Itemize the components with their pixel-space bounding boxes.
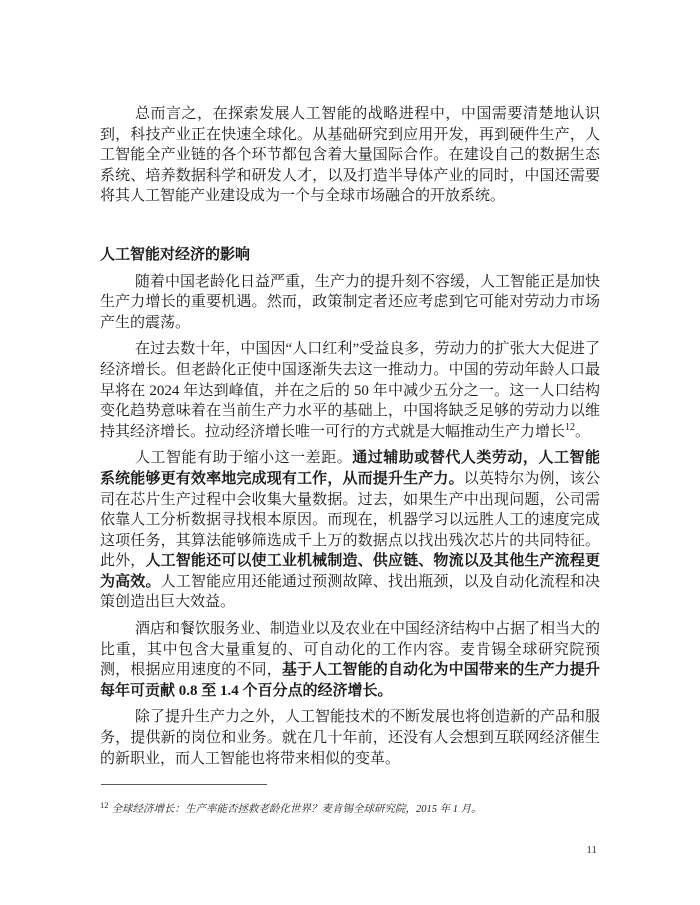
section-heading: 人工智能对经济的影响 (100, 245, 600, 266)
paragraph-text: 随着中国老龄化日益严重，生产力的提升刻不容缓，人工智能正是加快生产力增长的重要机… (100, 274, 600, 331)
page-number: 11 (586, 843, 597, 857)
paragraph-text: 人工智能有助于缩小这一差距。 (135, 450, 352, 466)
footnote: 12全球经济增长：生产率能否拯救老龄化世界？麦肯锡全球研究院，2015 年 1 … (100, 803, 600, 817)
paragraph-aging-intro: 随着中国老龄化日益严重，生产力的提升刻不容缓，人工智能正是加快生产力增长的重要机… (100, 272, 600, 334)
paragraph-summary: 总而言之，在探索发展人工智能的战略进程中，中国需要清楚地认识到，科技产业正在快速… (100, 104, 600, 207)
paragraph-text: 除了提升生产力之外，人工智能技术的不断发展也将创造新的产品和服务，提供新的岗位和… (100, 709, 600, 766)
footnote-reference-12: 12 (565, 422, 575, 433)
footnote-separator-rule (101, 784, 267, 785)
paragraph-mckinsey-forecast: 酒店和餐饮服务业、制造业以及农业在中国经济结构中占据了相当大的比重，其中包含大量… (100, 619, 600, 701)
document-page: 总而言之，在探索发展人工智能的战略进程中，中国需要清楚地认识到，科技产业正在快速… (0, 0, 700, 905)
text-block: 总而言之，在探索发展人工智能的战略进程中，中国需要清楚地认识到，科技产业正在快速… (100, 104, 600, 775)
paragraph-text: 在过去数十年，中国因“人口红利”受益良多，劳动力的扩张大大促进了经济增长。但老龄… (100, 341, 600, 439)
paragraph-text: 人工智能应用还能通过预测故障、找出瓶颈，以及自动化流程和决策创造出巨大效益。 (100, 574, 600, 611)
paragraph-ai-productivity: 人工智能有助于缩小这一差距。通过辅助或替代人类劳动，人工智能系统能够更有效率地完… (100, 448, 600, 613)
paragraph-text: 。 (575, 424, 590, 440)
footnote-text: 全球经济增长：生产率能否拯救老龄化世界？麦肯锡全球研究院，2015 年 1 月。 (112, 804, 482, 815)
footnote-marker: 12 (100, 800, 109, 810)
paragraph-demographic-dividend: 在过去数十年，中国因“人口红利”受益良多，劳动力的扩张大大促进了经济增长。但老龄… (100, 339, 600, 442)
paragraph-text: 总而言之，在探索发展人工智能的战略进程中，中国需要清楚地认识到，科技产业正在快速… (100, 106, 600, 204)
paragraph-new-jobs: 除了提升生产力之外，人工智能技术的不断发展也将创造新的产品和服务，提供新的岗位和… (100, 707, 600, 769)
